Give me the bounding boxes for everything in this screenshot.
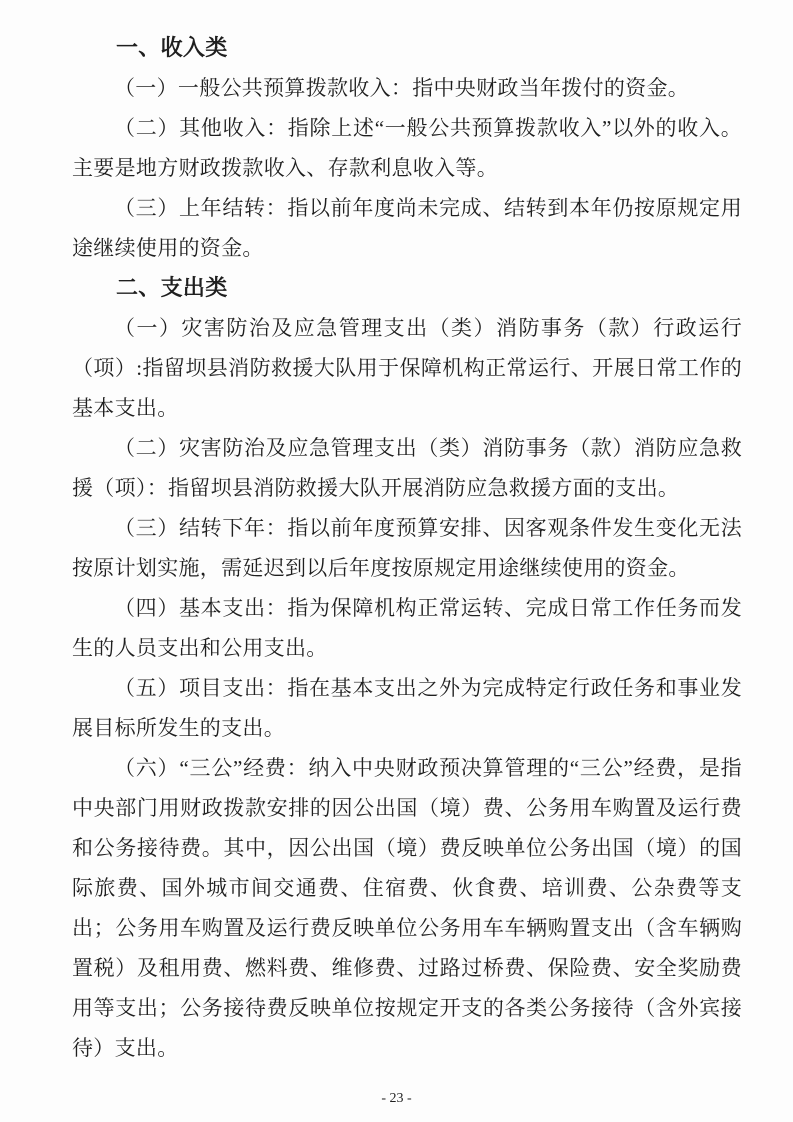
para-expense-carryover-to-next-year: （三）结转下年：指以前年度预算安排、因客观条件发生变化无法按原计划实施，需延迟到… <box>72 508 742 588</box>
heading-expenditure-category: 二、支出类 <box>72 268 742 308</box>
para-expense-project: （五）项目支出：指在基本支出之外为完成特定行政任务和事业发展目标所发生的支出。 <box>72 668 742 748</box>
page-number: - 23 - <box>0 1090 793 1108</box>
para-income-carryover-from-prior-year: （三）上年结转：指以前年度尚未完成、结转到本年仍按原规定用途继续使用的资金。 <box>72 188 742 268</box>
para-expense-three-public-funds: （六）“三公”经费：纳入中央财政预决算管理的“三公”经费，是指中央部门用财政拨款… <box>72 748 742 1068</box>
document-body: 一、收入类 （一）一般公共预算拨款收入：指中央财政当年拨付的资金。 （二）其他收… <box>72 28 742 1068</box>
para-income-general-budget-appropriation: （一）一般公共预算拨款收入：指中央财政当年拨付的资金。 <box>72 68 742 108</box>
para-income-other: （二）其他收入：指除上述“一般公共预算拨款收入”以外的收入。主要是地方财政拨款收… <box>72 108 742 188</box>
heading-income-category: 一、收入类 <box>72 28 742 68</box>
para-expense-fire-emergency-rescue: （二）灾害防治及应急管理支出（类）消防事务（款）消防应急救援（项）：指留坝县消防… <box>72 428 742 508</box>
para-expense-basic: （四）基本支出：指为保障机构正常运转、完成日常工作任务而发生的人员支出和公用支出… <box>72 588 742 668</box>
document-page: 一、收入类 （一）一般公共预算拨款收入：指中央财政当年拨付的资金。 （二）其他收… <box>0 0 793 1122</box>
para-expense-administrative-operation: （一）灾害防治及应急管理支出（类）消防事务（款）行政运行（项）:指留坝县消防救援… <box>72 308 742 428</box>
